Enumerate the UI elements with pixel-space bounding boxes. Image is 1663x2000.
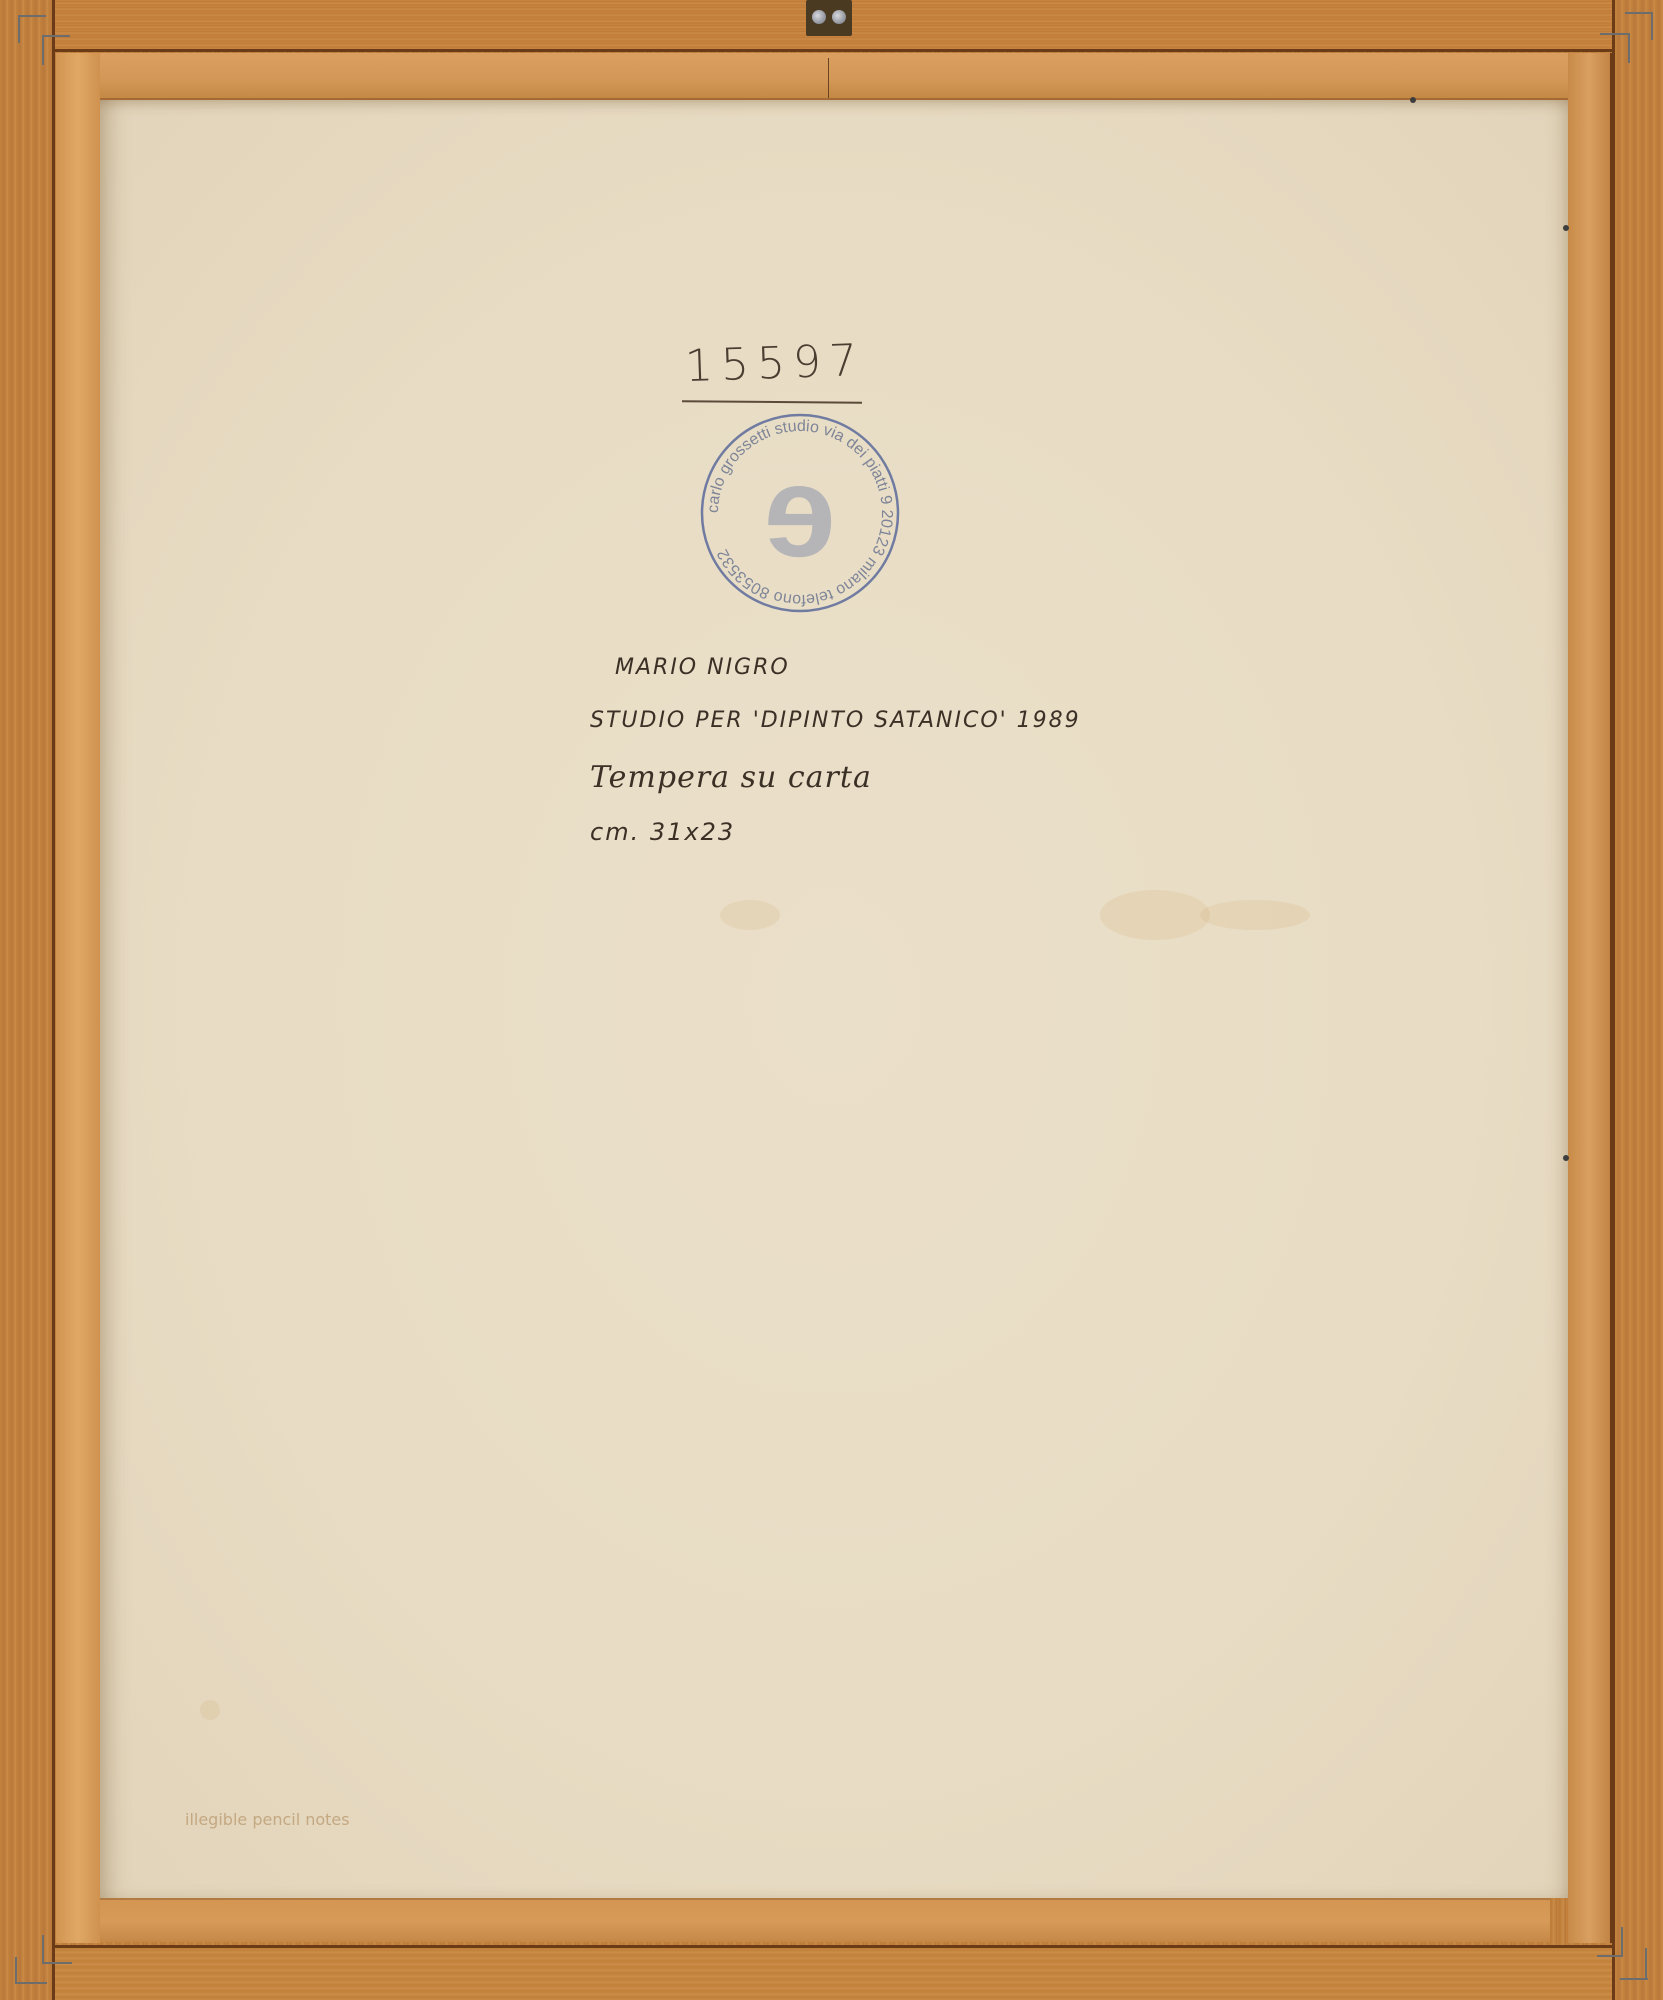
frame-bottom-rail — [0, 1945, 1663, 2000]
staple-icon — [42, 35, 44, 65]
stamp-glyph: ɘ — [764, 438, 836, 584]
frame-right-rail — [1612, 0, 1663, 2000]
inventory-number: 15597 — [684, 335, 866, 392]
strip-joint — [828, 58, 829, 98]
staple-icon — [1628, 33, 1630, 63]
frame-left-rail — [0, 0, 55, 2000]
staple-icon — [18, 15, 46, 17]
staple-icon — [1645, 1948, 1647, 1978]
inner-strip-left — [56, 53, 100, 1943]
studio-stamp: carlo grossetti studio via dei piatti 9 … — [695, 408, 905, 618]
staple-icon — [1600, 33, 1628, 35]
staple-icon — [42, 1962, 72, 1964]
staple-icon — [1651, 12, 1653, 40]
stain — [720, 900, 780, 930]
inner-strip-right — [1568, 53, 1612, 1943]
nail-icon — [1563, 1155, 1569, 1161]
inner-strip-top — [100, 53, 1568, 100]
artist-name: MARIO NIGRO — [615, 655, 790, 680]
screw-icon — [832, 10, 846, 24]
hanging-hardware — [806, 0, 852, 36]
staple-icon — [18, 15, 20, 43]
staple-icon — [1625, 12, 1653, 14]
staple-icon — [42, 35, 70, 37]
staple-icon — [1597, 1955, 1623, 1957]
stain — [1200, 900, 1310, 930]
staple-icon — [1621, 1927, 1623, 1955]
staple-icon — [15, 1957, 17, 1983]
staple-icon — [42, 1935, 44, 1963]
staple-icon — [1620, 1978, 1648, 1980]
artwork-dimensions: cm. 31x23 — [590, 818, 735, 846]
inner-strip-bottom — [100, 1898, 1550, 1942]
screw-icon — [812, 10, 826, 24]
stain — [200, 1700, 220, 1720]
staple-icon — [15, 1982, 47, 1984]
artwork-medium: Tempera su carta — [590, 760, 872, 795]
stain — [1100, 890, 1210, 940]
artwork-title: STUDIO PER 'DIPINTO SATANICO' 1989 — [590, 708, 1081, 733]
faint-pencil-notes: illegible pencil notes — [185, 1810, 350, 1829]
nail-icon — [1410, 97, 1416, 103]
nail-icon — [1563, 225, 1569, 231]
